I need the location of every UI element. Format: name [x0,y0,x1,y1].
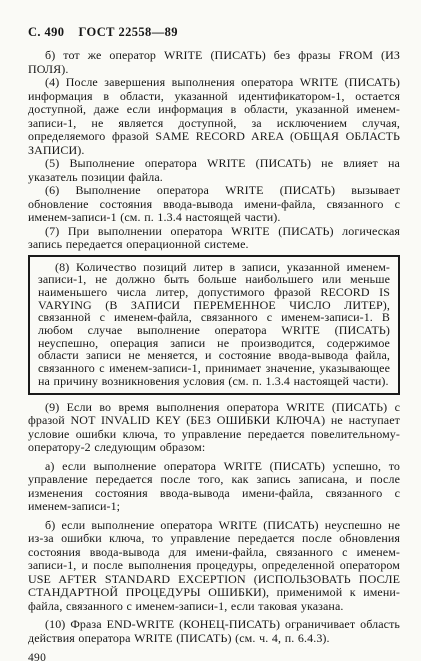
paragraph-5: (5) Выполнение оператора WRITE (ПИСАТЬ) … [28,157,400,184]
paragraph-10: (10) Фраза END-WRITE (КОНЕЦ-ПИСАТЬ) огра… [28,618,400,645]
doc-number: ГОСТ 22558—89 [78,25,177,40]
subparagraph-b: б) если выполнение оператора WRITE (ПИСА… [28,519,400,614]
subparagraph-a: а) если выполнение оператора WRITE (ПИСА… [28,460,400,514]
paragraph-9: (9) Если во время выполнения оператора W… [28,401,400,455]
page-header: С. 490 ГОСТ 22558—89 [28,25,400,40]
paragraph-4: (4) После завершения выполнения оператор… [28,76,400,157]
document-body: б) тот же оператор WRITE (ПИСАТЬ) без фр… [28,49,400,645]
page-label: С. 490 [28,25,64,40]
paragraph-7: (7) При выполнении оператора WRITE (ПИСА… [28,225,400,252]
paragraph-b-top: б) тот же оператор WRITE (ПИСАТЬ) без фр… [28,49,400,76]
page-footer: 490 [28,652,400,661]
paragraph-6: (6) Выполнение оператора WRITE (ПИСАТЬ) … [28,184,400,225]
document-page: С. 490 ГОСТ 22558—89 б) тот же оператор … [0,0,421,661]
boxed-note-frame: (8) Количество позиций литер в записи, у… [28,255,400,395]
paragraph-8: (8) Количество позиций литер в записи, у… [38,261,390,388]
page-number: 490 [28,652,46,661]
